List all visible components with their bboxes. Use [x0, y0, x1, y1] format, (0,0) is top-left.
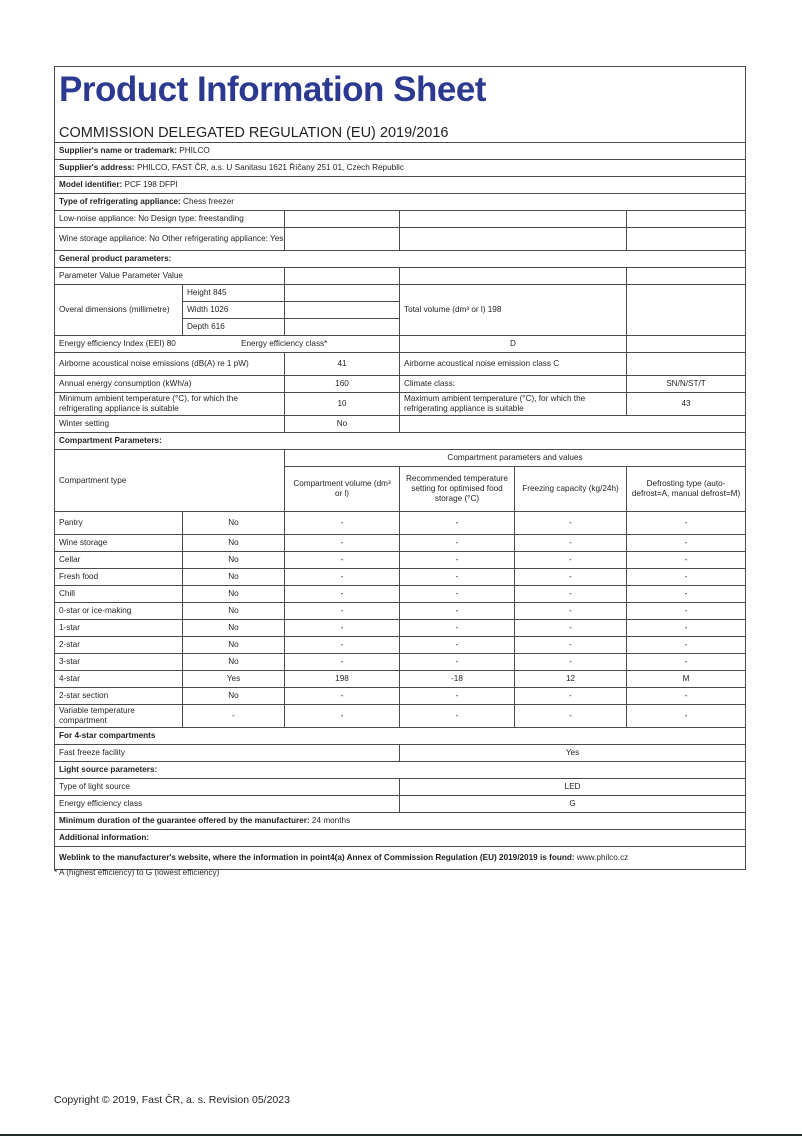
compartment-freezing: 12 — [515, 671, 627, 688]
light-type-label: Type of light source — [55, 779, 400, 796]
guarantee-label: Minimum duration of the guarantee offere… — [59, 816, 310, 825]
dimension-width: Width 1026 — [183, 302, 285, 319]
compartment-name: Pantry — [55, 512, 183, 535]
compartment-volume: - — [285, 620, 400, 637]
wine-storage-row: Wine storage appliance: No Other refrige… — [55, 228, 746, 251]
info-table: Product Information Sheet COMMISSION DEL… — [54, 66, 746, 870]
four-star-section-title: For 4-star compartments — [55, 728, 746, 745]
compartment-temp: - — [400, 705, 515, 728]
compartment-section-title: Compartment Parameters: — [55, 433, 746, 450]
compartment-freezing: - — [515, 569, 627, 586]
compartment-row: ChillNo---- — [55, 586, 746, 603]
winter-row: Winter setting No — [55, 416, 746, 433]
compartment-defrost: - — [627, 705, 746, 728]
dimensions-row: Overal dimensions (millimetre) Height 84… — [55, 285, 746, 302]
eei-value: Energy efficiency Index (EEI) 80 — [59, 339, 176, 348]
compartment-temp: - — [400, 512, 515, 535]
compartment-volume: - — [285, 552, 400, 569]
light-type-row: Type of light source LED — [55, 779, 746, 796]
light-type-value: LED — [400, 779, 746, 796]
compartment-name: Fresh food — [55, 569, 183, 586]
compartment-present: No — [183, 586, 285, 603]
compartment-row: 1-starNo---- — [55, 620, 746, 637]
energy-class-label: Energy efficiency class* — [241, 339, 327, 349]
compartment-freezing: - — [515, 603, 627, 620]
compartment-volume: 198 — [285, 671, 400, 688]
compartment-defrost: M — [627, 671, 746, 688]
compartment-volume: - — [285, 569, 400, 586]
low-noise-row: Low-noise appliance: No Design type: fre… — [55, 211, 746, 228]
weblink-row: Weblink to the manufacturer's website, w… — [55, 847, 746, 870]
compartment-present: No — [183, 552, 285, 569]
compartment-temp: - — [400, 688, 515, 705]
compartment-defrost: - — [627, 654, 746, 671]
compartment-present: - — [183, 705, 285, 728]
compartment-present: Yes — [183, 671, 285, 688]
compartment-present: No — [183, 512, 285, 535]
compartment-row: 3-starNo---- — [55, 654, 746, 671]
min-temp-label: Minimum ambient temperature (°C), for wh… — [55, 393, 285, 416]
compartment-name: 2-star — [55, 637, 183, 654]
guarantee-value: 24 months — [310, 816, 351, 825]
compartment-volume: - — [285, 586, 400, 603]
annual-energy-label: Annual energy consumption (kWh/a) — [55, 376, 285, 393]
low-noise-text: Low-noise appliance: No Design type: fre… — [55, 211, 285, 228]
compartment-freezing: - — [515, 552, 627, 569]
param-header: Parameter Value Parameter Value — [55, 268, 285, 285]
min-temp-value: 10 — [285, 393, 400, 416]
dimension-height: Height 845 — [183, 285, 285, 302]
total-volume: Total volume (dm³ or l) 198 — [400, 285, 627, 336]
supplier-address-value: PHILCO, FAST ČR, a.s. U Sanitasu 1621 Ří… — [135, 163, 404, 172]
compartment-name: 0-star or ice-making — [55, 603, 183, 620]
compartment-freezing: - — [515, 620, 627, 637]
compartment-row: 4-starYes198-1812M — [55, 671, 746, 688]
supplier-name-row: Supplier's name or trademark: PHILCO — [55, 143, 746, 160]
climate-class-value: SN/N/ST/T — [627, 376, 746, 393]
max-temp-value: 43 — [627, 393, 746, 416]
supplier-name-value: PHILCO — [177, 146, 210, 155]
compartment-freezing: - — [515, 654, 627, 671]
compartment-group-header: Compartment parameters and values — [285, 450, 746, 467]
compartment-row: Wine storageNo---- — [55, 535, 746, 552]
compartment-temp: -18 — [400, 671, 515, 688]
compartment-defrost: - — [627, 688, 746, 705]
noise-class: Airborne acoustical noise emission class… — [400, 353, 627, 376]
compartment-temp: - — [400, 569, 515, 586]
energy-class-value: D — [400, 336, 627, 353]
compartment-defrost: - — [627, 552, 746, 569]
model-identifier-value: PCF 198 DFPI — [122, 180, 178, 189]
compartment-freezing: - — [515, 705, 627, 728]
compartment-present: No — [183, 637, 285, 654]
compartment-name: 1-star — [55, 620, 183, 637]
page-title: Product Information Sheet — [59, 67, 741, 111]
appliance-type-label: Type of refrigerating appliance: — [59, 197, 181, 206]
compartment-rows: PantryNo----Wine storageNo----CellarNo--… — [55, 512, 746, 728]
compartment-temp: - — [400, 603, 515, 620]
compartment-name: 2-star section — [55, 688, 183, 705]
compartment-name: 4-star — [55, 671, 183, 688]
compartment-volume: - — [285, 688, 400, 705]
compartment-freezing: - — [515, 688, 627, 705]
general-section-title: General product parameters: — [55, 251, 746, 268]
supplier-address-row: Supplier's address: PHILCO, FAST ČR, a.s… — [55, 160, 746, 177]
compartment-volume: - — [285, 705, 400, 728]
compartment-name: Cellar — [55, 552, 183, 569]
weblink-label: Weblink to the manufacturer's website, w… — [59, 853, 575, 862]
compartment-present: No — [183, 535, 285, 552]
additional-info-label: Additional information: — [55, 830, 746, 847]
compartment-defrost: - — [627, 535, 746, 552]
guarantee-row: Minimum duration of the guarantee offere… — [55, 813, 746, 830]
compartment-temp: - — [400, 620, 515, 637]
col-defrost-header: Defrosting type (auto-defrost=A, manual … — [627, 467, 746, 512]
col-freezing-header: Freezing capacity (kg/24h) — [515, 467, 627, 512]
light-section-row: Light source parameters: — [55, 762, 746, 779]
model-identifier-row: Model identifier: PCF 198 DFPI — [55, 177, 746, 194]
regulation-subtitle: COMMISSION DELEGATED REGULATION (EU) 201… — [59, 125, 741, 141]
winter-label: Winter setting — [55, 416, 285, 433]
compartment-row: CellarNo---- — [55, 552, 746, 569]
compartment-defrost: - — [627, 512, 746, 535]
compartment-freezing: - — [515, 512, 627, 535]
copyright: Copyright © 2019, Fast ČR, a. s. Revisio… — [54, 1094, 290, 1106]
wine-storage-text: Wine storage appliance: No Other refrige… — [55, 228, 285, 251]
compartment-defrost: - — [627, 637, 746, 654]
light-section-title: Light source parameters: — [55, 762, 746, 779]
noise-label: Airborne acoustical noise emissions (dB(… — [55, 353, 285, 376]
light-class-value: G — [400, 796, 746, 813]
compartment-present: No — [183, 654, 285, 671]
compartment-freezing: - — [515, 535, 627, 552]
compartment-defrost: - — [627, 603, 746, 620]
light-class-label: Energy efficiency class — [55, 796, 400, 813]
fast-freeze-value: Yes — [400, 745, 746, 762]
compartment-volume: - — [285, 637, 400, 654]
fast-freeze-label: Fast freeze facility — [55, 745, 400, 762]
compartment-temp: - — [400, 586, 515, 603]
product-information-sheet: Product Information Sheet COMMISSION DEL… — [54, 66, 745, 870]
compartment-row: 2-star sectionNo---- — [55, 688, 746, 705]
annual-energy-value: 160 — [285, 376, 400, 393]
ambient-temp-row: Minimum ambient temperature (°C), for wh… — [55, 393, 746, 416]
compartment-present: No — [183, 569, 285, 586]
compartment-defrost: - — [627, 620, 746, 637]
col-temp-header: Recommended temperature setting for opti… — [400, 467, 515, 512]
param-header-row: Parameter Value Parameter Value — [55, 268, 746, 285]
compartment-volume: - — [285, 654, 400, 671]
max-temp-label: Maximum ambient temperature (°C), for wh… — [400, 393, 627, 416]
compartment-row: Fresh foodNo---- — [55, 569, 746, 586]
compartment-temp: - — [400, 637, 515, 654]
dimensions-label: Overal dimensions (millimetre) — [55, 285, 183, 336]
compartment-present: No — [183, 620, 285, 637]
compartment-type-header: Compartment type — [55, 450, 285, 512]
compartment-name: Wine storage — [55, 535, 183, 552]
compartment-volume: - — [285, 603, 400, 620]
compartment-defrost: - — [627, 586, 746, 603]
supplier-address-label: Supplier's address: — [59, 163, 135, 172]
compartment-freezing: - — [515, 586, 627, 603]
fast-freeze-row: Fast freeze facility Yes — [55, 745, 746, 762]
winter-value: No — [285, 416, 400, 433]
compartment-row: 2-starNo---- — [55, 637, 746, 654]
appliance-type-value: Chess freezer — [181, 197, 234, 206]
compartment-row: PantryNo---- — [55, 512, 746, 535]
dimension-depth: Depth 616 — [183, 319, 285, 336]
compartment-name: 3-star — [55, 654, 183, 671]
compartment-temp: - — [400, 654, 515, 671]
compartment-freezing: - — [515, 637, 627, 654]
appliance-type-row: Type of refrigerating appliance: Chess f… — [55, 194, 746, 211]
climate-class-label: Climate class: — [400, 376, 627, 393]
noise-row: Airborne acoustical noise emissions (dB(… — [55, 353, 746, 376]
supplier-name-label: Supplier's name or trademark: — [59, 146, 177, 155]
noise-value: 41 — [285, 353, 400, 376]
general-section-row: General product parameters: — [55, 251, 746, 268]
compartment-volume: - — [285, 512, 400, 535]
efficiency-footnote: * A (highest efficiency) to G (lowest ef… — [54, 868, 219, 877]
compartment-defrost: - — [627, 569, 746, 586]
model-identifier-label: Model identifier: — [59, 180, 122, 189]
additional-info-row: Additional information: — [55, 830, 746, 847]
compartment-present: No — [183, 603, 285, 620]
compartment-present: No — [183, 688, 285, 705]
compartment-name: Variable temperature compartment — [55, 705, 183, 728]
annual-energy-row: Annual energy consumption (kWh/a) 160 Cl… — [55, 376, 746, 393]
col-volume-header: Compartment volume (dm³ or l) — [285, 467, 400, 512]
compartment-volume: - — [285, 535, 400, 552]
compartment-section-row: Compartment Parameters: — [55, 433, 746, 450]
compartment-temp: - — [400, 552, 515, 569]
weblink-value[interactable]: www.philco.cz — [575, 853, 629, 862]
compartment-row: Variable temperature compartment----- — [55, 705, 746, 728]
compartment-row: 0-star or ice-makingNo---- — [55, 603, 746, 620]
energy-row: Energy efficiency Index (EEI) 80 Energy … — [55, 336, 746, 353]
four-star-section-row: For 4-star compartments — [55, 728, 746, 745]
light-class-row: Energy efficiency class G — [55, 796, 746, 813]
compartment-temp: - — [400, 535, 515, 552]
compartment-name: Chill — [55, 586, 183, 603]
